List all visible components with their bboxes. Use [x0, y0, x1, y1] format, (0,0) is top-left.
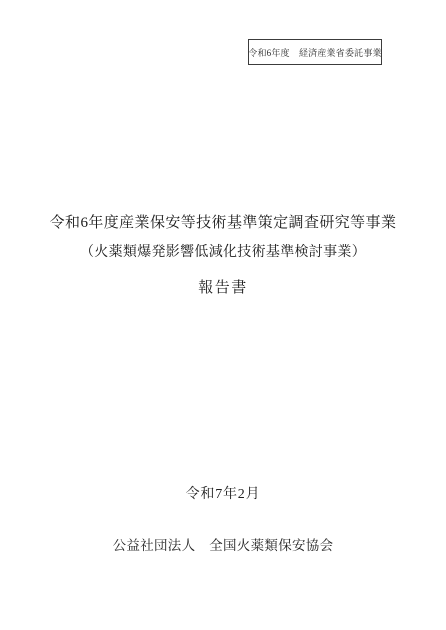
report-title-line1: 令和6年度産業保安等技術基準策定調査研究等事業 [0, 211, 446, 232]
commission-label: 令和6年度 経済産業省委託事業 [248, 46, 382, 59]
report-doc-type-label: 報告書 [0, 276, 446, 297]
report-title-line2-subtitle: （火薬類爆発影響低減化技術基準検討事業） [0, 241, 446, 261]
publisher-organization: 公益社団法人 全国火薬類保安協会 [0, 534, 446, 554]
publication-date: 令和7年2月 [0, 483, 446, 503]
commission-label-box: 令和6年度 経済産業省委託事業 [248, 39, 382, 65]
report-cover-page: 令和6年度 経済産業省委託事業 令和6年度産業保安等技術基準策定調査研究等事業 … [0, 0, 446, 630]
